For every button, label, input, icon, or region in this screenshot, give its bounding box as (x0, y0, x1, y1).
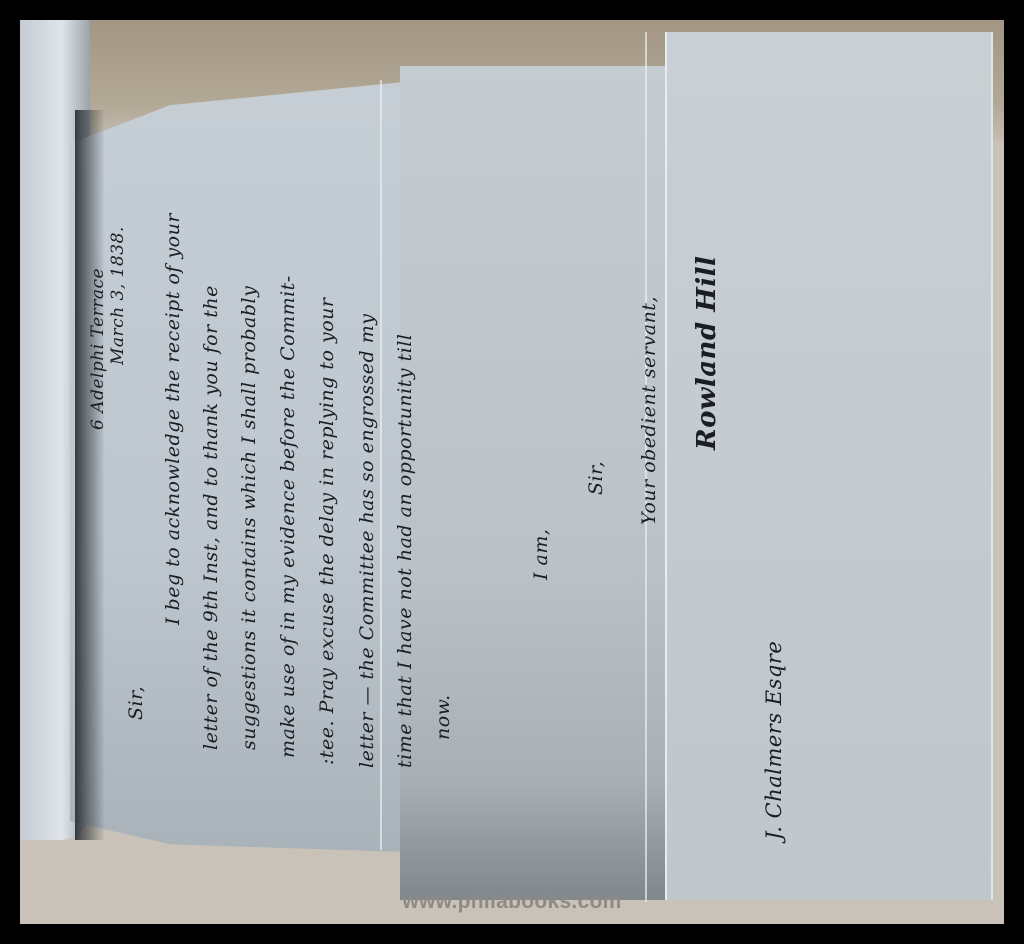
body-line-7: time that I have not had an opportunity … (394, 334, 416, 768)
addressee: J. Chalmers Esqre (762, 641, 786, 840)
letter-panel-1 (70, 82, 404, 852)
body-line-8: now. (432, 694, 454, 740)
body-line-1: I beg to acknowledge the receipt of your (162, 213, 184, 625)
signature: Rowland Hill (692, 256, 722, 450)
panel-2-shadow (400, 780, 668, 900)
watermark: www.philabooks.com (20, 890, 1004, 914)
body-line-3: suggestions it contains which I shall pr… (238, 286, 260, 750)
body-line-2: letter of the 9th Inst, and to thank you… (200, 285, 222, 750)
fold-line-1 (380, 80, 382, 850)
letter-panel-3 (665, 32, 993, 900)
photo-frame: 6 Adelphi Terrace March 3, 1838. Sir, I … (20, 20, 1004, 924)
date-line: March 3, 1838. (108, 226, 128, 365)
address-line: 6 Adelphi Terrace (88, 268, 108, 430)
body-line-5: :tee. Pray excuse the delay in replying … (316, 298, 338, 765)
body-line-4: make use of in my evidence before the Co… (277, 275, 299, 758)
closing-sir: Sir, (585, 461, 607, 495)
closing-servant: Your obedient servant, (638, 296, 660, 525)
salutation: Sir, (125, 686, 147, 720)
letter-panel-2 (400, 66, 668, 900)
book-spine-shadow (75, 110, 105, 840)
body-line-6: letter — the Committee has so engrossed … (356, 314, 378, 768)
closing-i-am: I am, (530, 529, 552, 580)
